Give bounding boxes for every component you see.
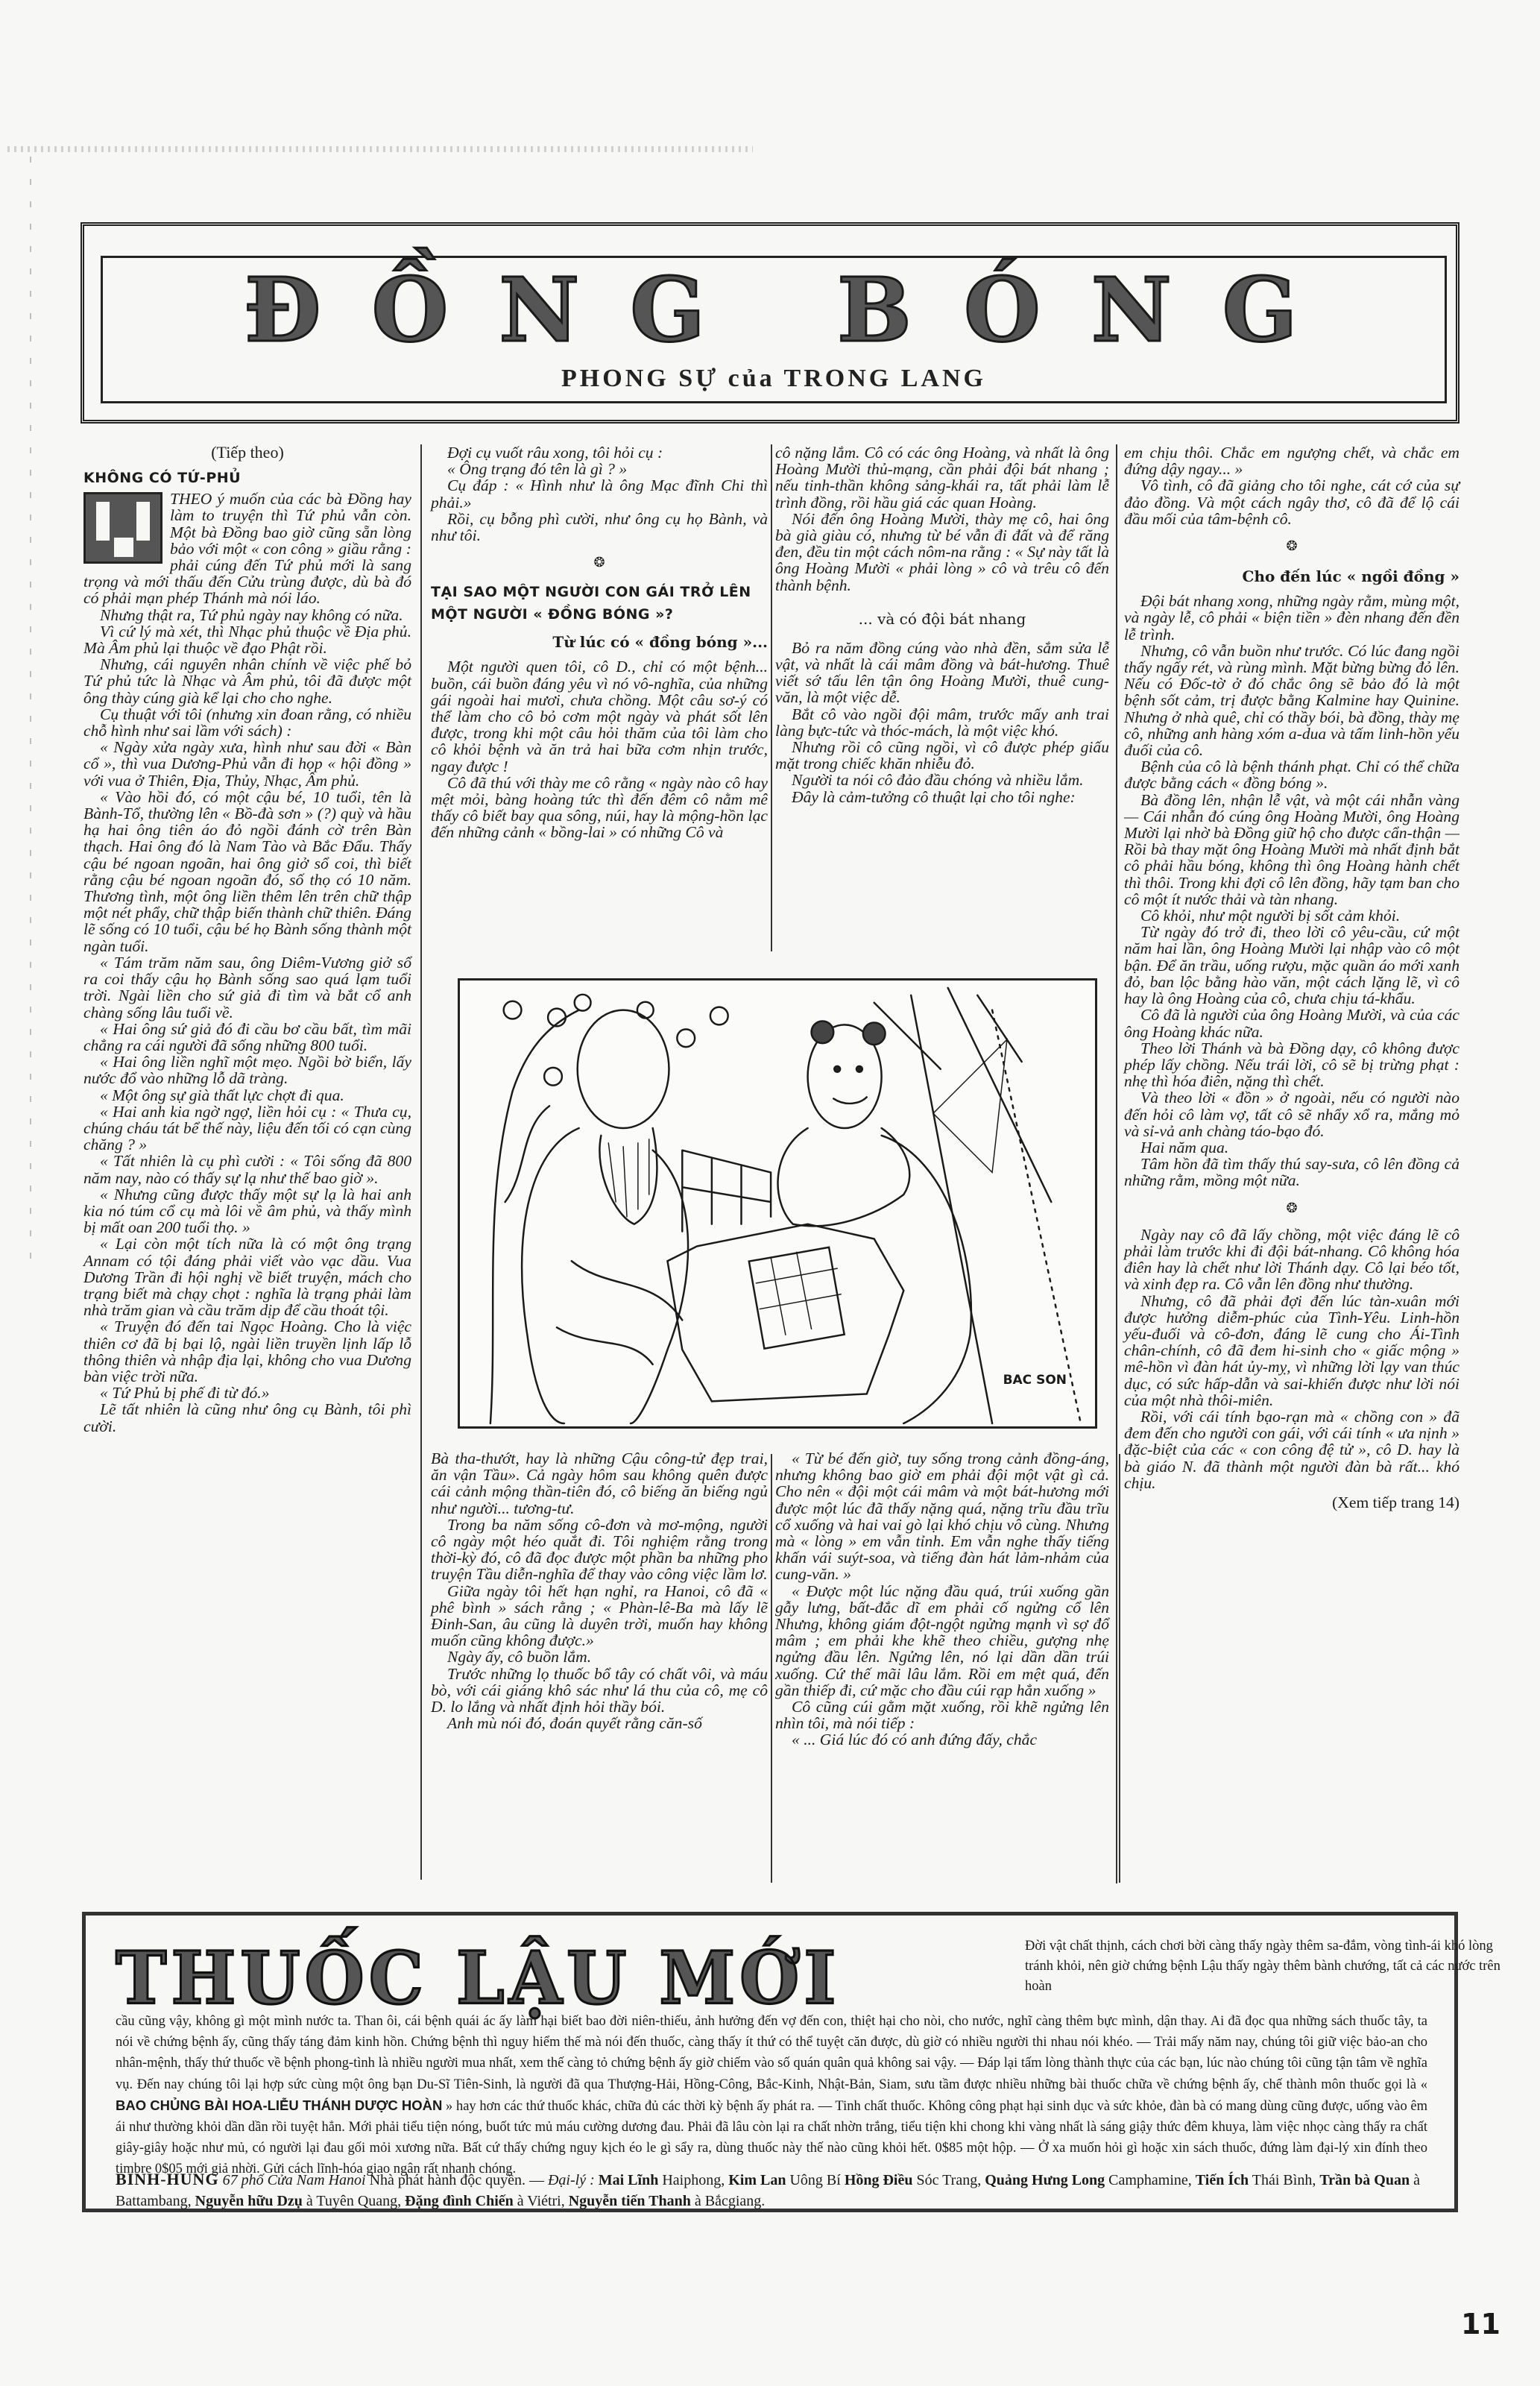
paragraph: Bệnh của cô là bệnh thánh phạt. Chỉ có t… — [1124, 758, 1459, 791]
paragraph: Bắt cô vào ngồi đội mâm, trước mấy anh t… — [775, 706, 1109, 739]
paragraph: « Tất nhiên là cụ phì cười : « Tôi sống … — [83, 1153, 411, 1186]
paragraph: Ngày ấy, cô buồn lắm. — [431, 1649, 768, 1665]
paragraph: Ngày nay cô đã lấy chồng, một việc đáng … — [1124, 1227, 1459, 1293]
paragraph: cô nặng lắm. Cô có các ông Hoàng, và nhấ… — [775, 444, 1109, 511]
continued-on-page: (Xem tiếp trang 14) — [1124, 1494, 1459, 1511]
paragraph: Giữa ngày tôi hết hạn nghỉ, ra Hanoi, cô… — [431, 1583, 768, 1649]
paragraph: Rồi, với cái tính bạo-rạn mà « chồng con… — [1124, 1408, 1459, 1491]
paragraph: « Từ bé đến giờ, tuy sống trong cảnh đồn… — [775, 1450, 1109, 1583]
article-column-3: cô nặng lắm. Cô có các ông Hoàng, và nhấ… — [775, 444, 1109, 805]
article-column-2: Đợi cụ vuốt râu xong, tôi hỏi cụ : « Ông… — [431, 444, 768, 841]
ornament-icon: ❂ — [1124, 538, 1459, 554]
agent-place: Camphamine, — [1108, 2172, 1192, 2188]
paragraph: Hai năm qua. — [1124, 1139, 1459, 1156]
paragraph: Đợi cụ vuốt râu xong, tôi hỏi cụ : — [431, 444, 768, 461]
column-divider — [771, 444, 772, 951]
subheading: Cho đến lúc « ngồi đồng » — [1124, 564, 1459, 588]
paragraph: Theo lời Thánh và bà Đồng dạy, cô không … — [1124, 1040, 1459, 1090]
blossom-icon — [504, 995, 728, 1086]
paragraph: Cô đã thú với thày me cô rằng « ngày nào… — [431, 775, 768, 841]
article-byline: PHONG SỰ của TRONG LANG — [561, 365, 986, 393]
paragraph: « Tám trăm năm sau, ông Diêm-Vương giở s… — [83, 954, 411, 1021]
ad-headline: THUỐC LẬU MỚI — [116, 1942, 840, 2015]
column-divider — [420, 444, 422, 1880]
agent-place: à Bắcgiang. — [695, 2193, 765, 2209]
paragraph: Và theo lời « đồn » ở ngoài, nếu có ngườ… — [1124, 1089, 1459, 1139]
ad-agents-label: Đại-lý : — [548, 2172, 595, 2188]
paragraph: « Ông trạng đó tên là gì ? » — [431, 461, 768, 477]
artist-signature: BAC SON — [1003, 1373, 1067, 1388]
ad-product-name: BAO CHỦNG BÀI HOA-LIỄU THÁNH DƯỢC HOÀN — [116, 2097, 442, 2113]
paragraph: Vì cứ lý mà xét, thì Nhạc phủ thuộc về Đ… — [83, 623, 411, 656]
paragraph: « Lại còn một tích nữa là có một ông trạ… — [83, 1236, 411, 1318]
section-heading: TẠI SAO MỘT NGƯỜI CON GÁI TRỞ LÊN MỘT NG… — [431, 581, 768, 626]
paragraph: Bà tha-thướt, hay là những Cậu công-tử đ… — [431, 1450, 768, 1517]
paragraph: Cô cũng cúi gằm mặt xuống, rồi khẽ ngửng… — [775, 1699, 1109, 1731]
drop-cap-t-icon — [83, 492, 162, 564]
paragraph: « Tứ Phủ bị phế đi từ đó.» — [83, 1385, 411, 1401]
paragraph: Nhưng, cái nguyên nhân chính về việc phế… — [83, 656, 411, 706]
paragraph: Đội bát nhang xong, những ngày rằm, mùng… — [1124, 593, 1459, 643]
paragraph: Trong ba năm sống cô-đơn và mơ-mộng, ngư… — [431, 1517, 768, 1583]
column-divider — [1116, 444, 1117, 1883]
agent-name: Trần bà Quan — [1319, 2172, 1410, 2188]
paragraph: « Vào hồi đó, có một cậu bé, 10 tuổi, tê… — [83, 789, 411, 954]
paragraph: Tâm hồn đã tìm thấy thú say-sưa, cô lên … — [1124, 1156, 1459, 1189]
paragraph: Lẽ tất nhiên là cũng như ông cụ Bành, tô… — [83, 1401, 411, 1434]
paragraph: Bỏ ra năm đồng cúng vào nhà đền, sắm sửa… — [775, 640, 1109, 706]
paragraph: « Ngày xửa ngày xưa, hình như sau đời « … — [83, 739, 411, 789]
paragraph: « Hai ông liền nghĩ một mẹo. Ngồi bờ biể… — [83, 1054, 411, 1086]
paragraph: Cụ đáp : « Hình như là ông Mạc đĩnh Chi … — [431, 477, 768, 510]
ad-address: 67 phố Cửa Nam Hanoi — [223, 2172, 366, 2188]
illustration: BAC SON — [458, 978, 1097, 1429]
paragraph: Một người quen tôi, cô D., chỉ có một bệ… — [431, 658, 768, 774]
column-divider — [1119, 1454, 1120, 1883]
agent-place: Sóc Trang, — [917, 2172, 982, 2188]
paragraph: Từ ngày đó trở đi, theo lời cô yêu-cầu, … — [1124, 924, 1459, 1007]
paragraph: Cụ thuật với tôi (nhưng xin đoan rằng, c… — [83, 706, 411, 739]
paragraph: Nhưng, cô vẫn buồn như trước. Có lúc đan… — [1124, 643, 1459, 758]
paragraph: « Một ông sự già thất lực chợt đi qua. — [83, 1087, 411, 1104]
paragraph: « Hai anh kia ngờ ngợ, liền hỏi cụ : « T… — [83, 1104, 411, 1153]
paragraph: Anh mù nói đó, đoán quyết rằng căn-số — [431, 1715, 768, 1731]
agent-place: Uông Bí — [789, 2172, 840, 2188]
paragraph: em chịu thôi. Chắc em ngượng chết, và ch… — [1124, 444, 1459, 477]
margin-rule — [30, 157, 31, 1275]
paragraph: « Nhưng cũng được thấy một sự lạ là hai … — [83, 1186, 411, 1236]
ad-intro-text: Đời vật chất thịnh, cách chơi bời càng t… — [1025, 1936, 1517, 1997]
article-column-1: (Tiếp theo) KHÔNG CÓ TỨ-PHỦ THEO ý muốn … — [83, 444, 411, 1435]
paragraph: « Truyện đó đến tai Ngọc Hoàng. Cho là v… — [83, 1318, 411, 1385]
title-banner: ĐỒNG BÓNG PHONG SỰ của TRONG LANG — [81, 222, 1459, 424]
paragraph: Đây là cảm-tưởng cô thuật lại cho tôi ng… — [775, 789, 1109, 805]
sage-and-girl-drawing — [460, 980, 1095, 1426]
paragraph: Cô khỏi, như một người bị sốt cảm khỏi. — [1124, 907, 1459, 924]
paragraph: Nhưng rồi cô cũng ngồi, vì cô được phép … — [775, 739, 1109, 772]
article-column-4: em chịu thôi. Chắc em ngượng chết, và ch… — [1124, 444, 1459, 1511]
agent-name: Nguyễn hữu Dzụ — [195, 2193, 303, 2209]
paragraph: « ... Giá lúc đó có anh đứng đấy, chắc — [775, 1731, 1109, 1748]
agent-name: Hồng Điều — [845, 2172, 913, 2188]
paragraph: Bà đồng lên, nhận lễ vật, và một cái nhẫ… — [1124, 792, 1459, 907]
agent-name: Mai Lĩnh — [599, 2172, 659, 2188]
agent-place: à Viétri, — [517, 2193, 565, 2209]
page-number: 11 — [1461, 2308, 1500, 2341]
paragraph: Người ta nói cô đảo đầu chóng và nhiều l… — [775, 772, 1109, 788]
agent-place: à Tuyên Quang, — [306, 2193, 401, 2209]
paragraph: Nói đến ông Hoàng Mười, thày mẹ cô, hai … — [775, 511, 1109, 594]
agent-name: Quảng Hưng Long — [985, 2172, 1105, 2188]
agent-name: Kim Lan — [728, 2172, 786, 2188]
ad-brand: BINH-HUNG — [116, 2170, 219, 2188]
paragraph: Vô tình, cô đã giảng cho tôi nghe, cát c… — [1124, 477, 1459, 527]
title-banner-inner: ĐỒNG BÓNG PHONG SỰ của TRONG LANG — [101, 256, 1447, 403]
subheading: Từ lúc có « đồng bóng »... — [431, 630, 768, 654]
paragraph: Trước những lọ thuốc bổ tây có chất vôi,… — [431, 1666, 768, 1716]
subheading: ... và có đội bát nhang — [775, 607, 1109, 631]
agent-place: Haiphong, — [662, 2172, 725, 2188]
column-divider — [771, 1454, 772, 1883]
paragraph: « Được một lúc nặng đầu quá, trúi xuống … — [775, 1583, 1109, 1699]
continued-label: (Tiếp theo) — [83, 444, 411, 461]
paragraph: Nhưng, cô đã phải đợi đến lúc tàn-xuân m… — [1124, 1293, 1459, 1408]
agent-name: Đặng đình Chiến — [405, 2193, 514, 2209]
advertisement-box: THUỐC LẬU MỚI Đời vật chất thịnh, cách c… — [82, 1912, 1458, 2212]
ad-publisher-note: Nhà phát hành độc quyền. — — [370, 2172, 544, 2188]
paragraph: Rồi, cụ bỗng phì cười, như ông cụ họ Bàn… — [431, 511, 768, 544]
agent-place: Thái Bình, — [1252, 2172, 1316, 2188]
ornament-icon: ❂ — [431, 554, 768, 570]
agent-name: Tiến Ích — [1196, 2172, 1249, 2188]
paragraph: « Hai ông sứ giả đó đi cầu bơ cầu bất, t… — [83, 1021, 411, 1054]
paragraph: Cô đã là người của ông Hoàng Mười, và củ… — [1124, 1007, 1459, 1039]
ornament-icon: ❂ — [1124, 1200, 1459, 1216]
scan-noise-strip — [7, 146, 753, 152]
article-title: ĐỒNG BÓNG — [244, 266, 1348, 354]
section-heading: KHÔNG CÓ TỨ-PHỦ — [83, 467, 411, 489]
article-column-2-continued: Bà tha-thướt, hay là những Cậu công-tử đ… — [431, 1450, 768, 1731]
paragraph: Nhưng thật ra, Tứ phủ ngày nay không có … — [83, 607, 411, 623]
ad-body-text: cầu cũng vậy, không gì một mình nước ta.… — [116, 2011, 1427, 2180]
article-column-3-continued: « Từ bé đến giờ, tuy sống trong cảnh đồn… — [775, 1450, 1109, 1748]
agent-name: Nguyễn tiến Thanh — [569, 2193, 691, 2209]
ad-footer: BINH-HUNG 67 phố Cửa Nam Hanoi Nhà phát … — [116, 2169, 1427, 2212]
ad-body-part: cầu cũng vậy, không gì một mình nước ta.… — [116, 2014, 1427, 2092]
